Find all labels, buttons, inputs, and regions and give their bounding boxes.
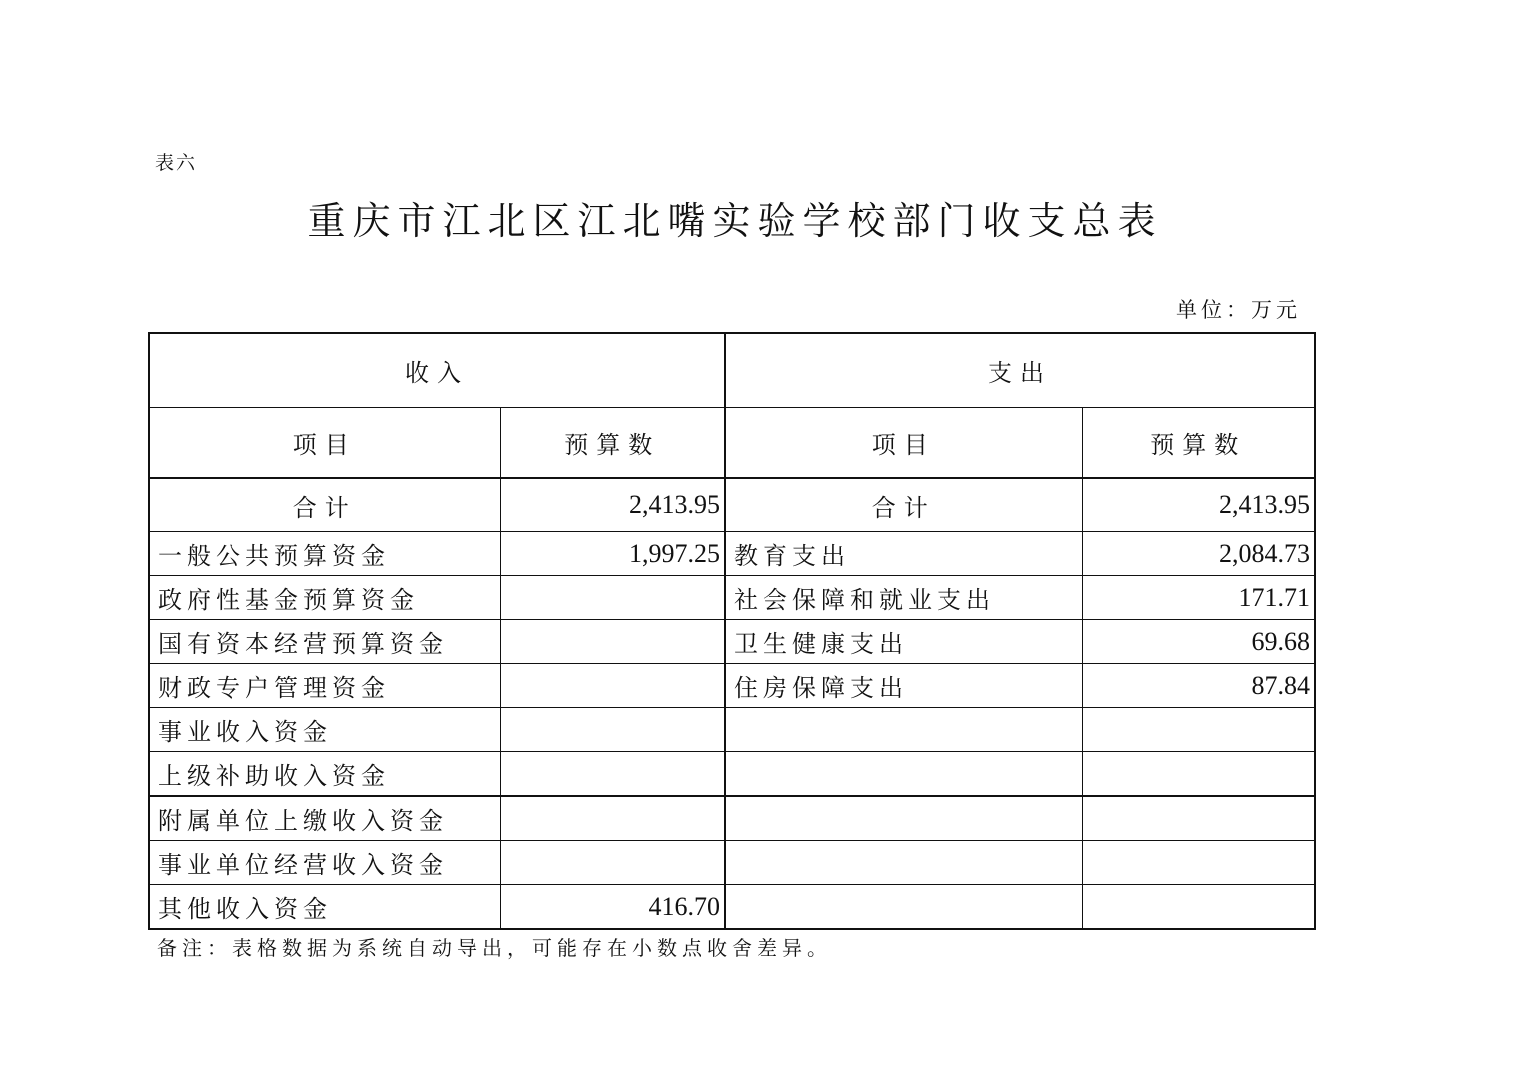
expense-value <box>1082 841 1315 885</box>
expense-header: 支出 <box>725 333 1315 408</box>
expense-value <box>1082 885 1315 930</box>
income-header: 收入 <box>149 333 725 408</box>
income-col-budget: 预算数 <box>500 408 725 479</box>
expense-value: 171.71 <box>1082 576 1315 620</box>
budget-summary-table: 收入 支出 项目 预算数 项目 预算数 合计 2,413.95 合计 2,413… <box>148 332 1316 930</box>
income-item: 上级补助收入资金 <box>149 752 500 797</box>
table-row: 其他收入资金 416.70 <box>149 885 1315 930</box>
expense-item: 卫生健康支出 <box>725 620 1082 664</box>
expense-value <box>1082 752 1315 797</box>
income-value <box>500 752 725 797</box>
table-row: 事业收入资金 <box>149 708 1315 752</box>
income-item: 其他收入资金 <box>149 885 500 930</box>
income-total-value: 2,413.95 <box>500 478 725 532</box>
income-item: 政府性基金预算资金 <box>149 576 500 620</box>
income-value <box>500 841 725 885</box>
income-item: 财政专户管理资金 <box>149 664 500 708</box>
expense-item: 住房保障支出 <box>725 664 1082 708</box>
table-row: 上级补助收入资金 <box>149 752 1315 797</box>
income-item: 国有资本经营预算资金 <box>149 620 500 664</box>
income-value <box>500 576 725 620</box>
income-value <box>500 708 725 752</box>
expense-value <box>1082 708 1315 752</box>
income-total-label: 合计 <box>149 478 500 532</box>
expense-value <box>1082 796 1315 841</box>
expense-item <box>725 708 1082 752</box>
income-col-item: 项目 <box>149 408 500 479</box>
total-row: 合计 2,413.95 合计 2,413.95 <box>149 478 1315 532</box>
table-row: 财政专户管理资金 住房保障支出 87.84 <box>149 664 1315 708</box>
income-value: 416.70 <box>500 885 725 930</box>
expense-item <box>725 885 1082 930</box>
expense-value: 2,084.73 <box>1082 532 1315 576</box>
table-row: 附属单位上缴收入资金 <box>149 796 1315 841</box>
expense-total-label: 合计 <box>725 478 1082 532</box>
table-row: 国有资本经营预算资金 卫生健康支出 69.68 <box>149 620 1315 664</box>
income-value <box>500 620 725 664</box>
income-item: 事业收入资金 <box>149 708 500 752</box>
expense-total-value: 2,413.95 <box>1082 478 1315 532</box>
table-row: 政府性基金预算资金 社会保障和就业支出 171.71 <box>149 576 1315 620</box>
expense-item <box>725 841 1082 885</box>
expense-col-item: 项目 <box>725 408 1082 479</box>
table-number: 表六 <box>155 148 197 175</box>
expense-col-budget: 预算数 <box>1082 408 1315 479</box>
footnote: 备注：表格数据为系统自动导出，可能存在小数点收舍差异。 <box>157 932 832 961</box>
expense-item <box>725 752 1082 797</box>
page-title: 重庆市江北区江北嘴实验学校部门收支总表 <box>0 190 1520 245</box>
table-row: 事业单位经营收入资金 <box>149 841 1315 885</box>
page-title-text: 重庆市江北区江北嘴实验学校部门收支总表 <box>307 199 1162 243</box>
table-row: 一般公共预算资金 1,997.25 教育支出 2,084.73 <box>149 532 1315 576</box>
expense-item: 社会保障和就业支出 <box>725 576 1082 620</box>
income-item: 一般公共预算资金 <box>149 532 500 576</box>
income-value <box>500 664 725 708</box>
income-item: 事业单位经营收入资金 <box>149 841 500 885</box>
unit-label: 单位：万元 <box>1176 294 1301 324</box>
income-value: 1,997.25 <box>500 532 725 576</box>
expense-item: 教育支出 <box>725 532 1082 576</box>
expense-item <box>725 796 1082 841</box>
income-item: 附属单位上缴收入资金 <box>149 796 500 841</box>
expense-value: 69.68 <box>1082 620 1315 664</box>
expense-value: 87.84 <box>1082 664 1315 708</box>
income-value <box>500 796 725 841</box>
